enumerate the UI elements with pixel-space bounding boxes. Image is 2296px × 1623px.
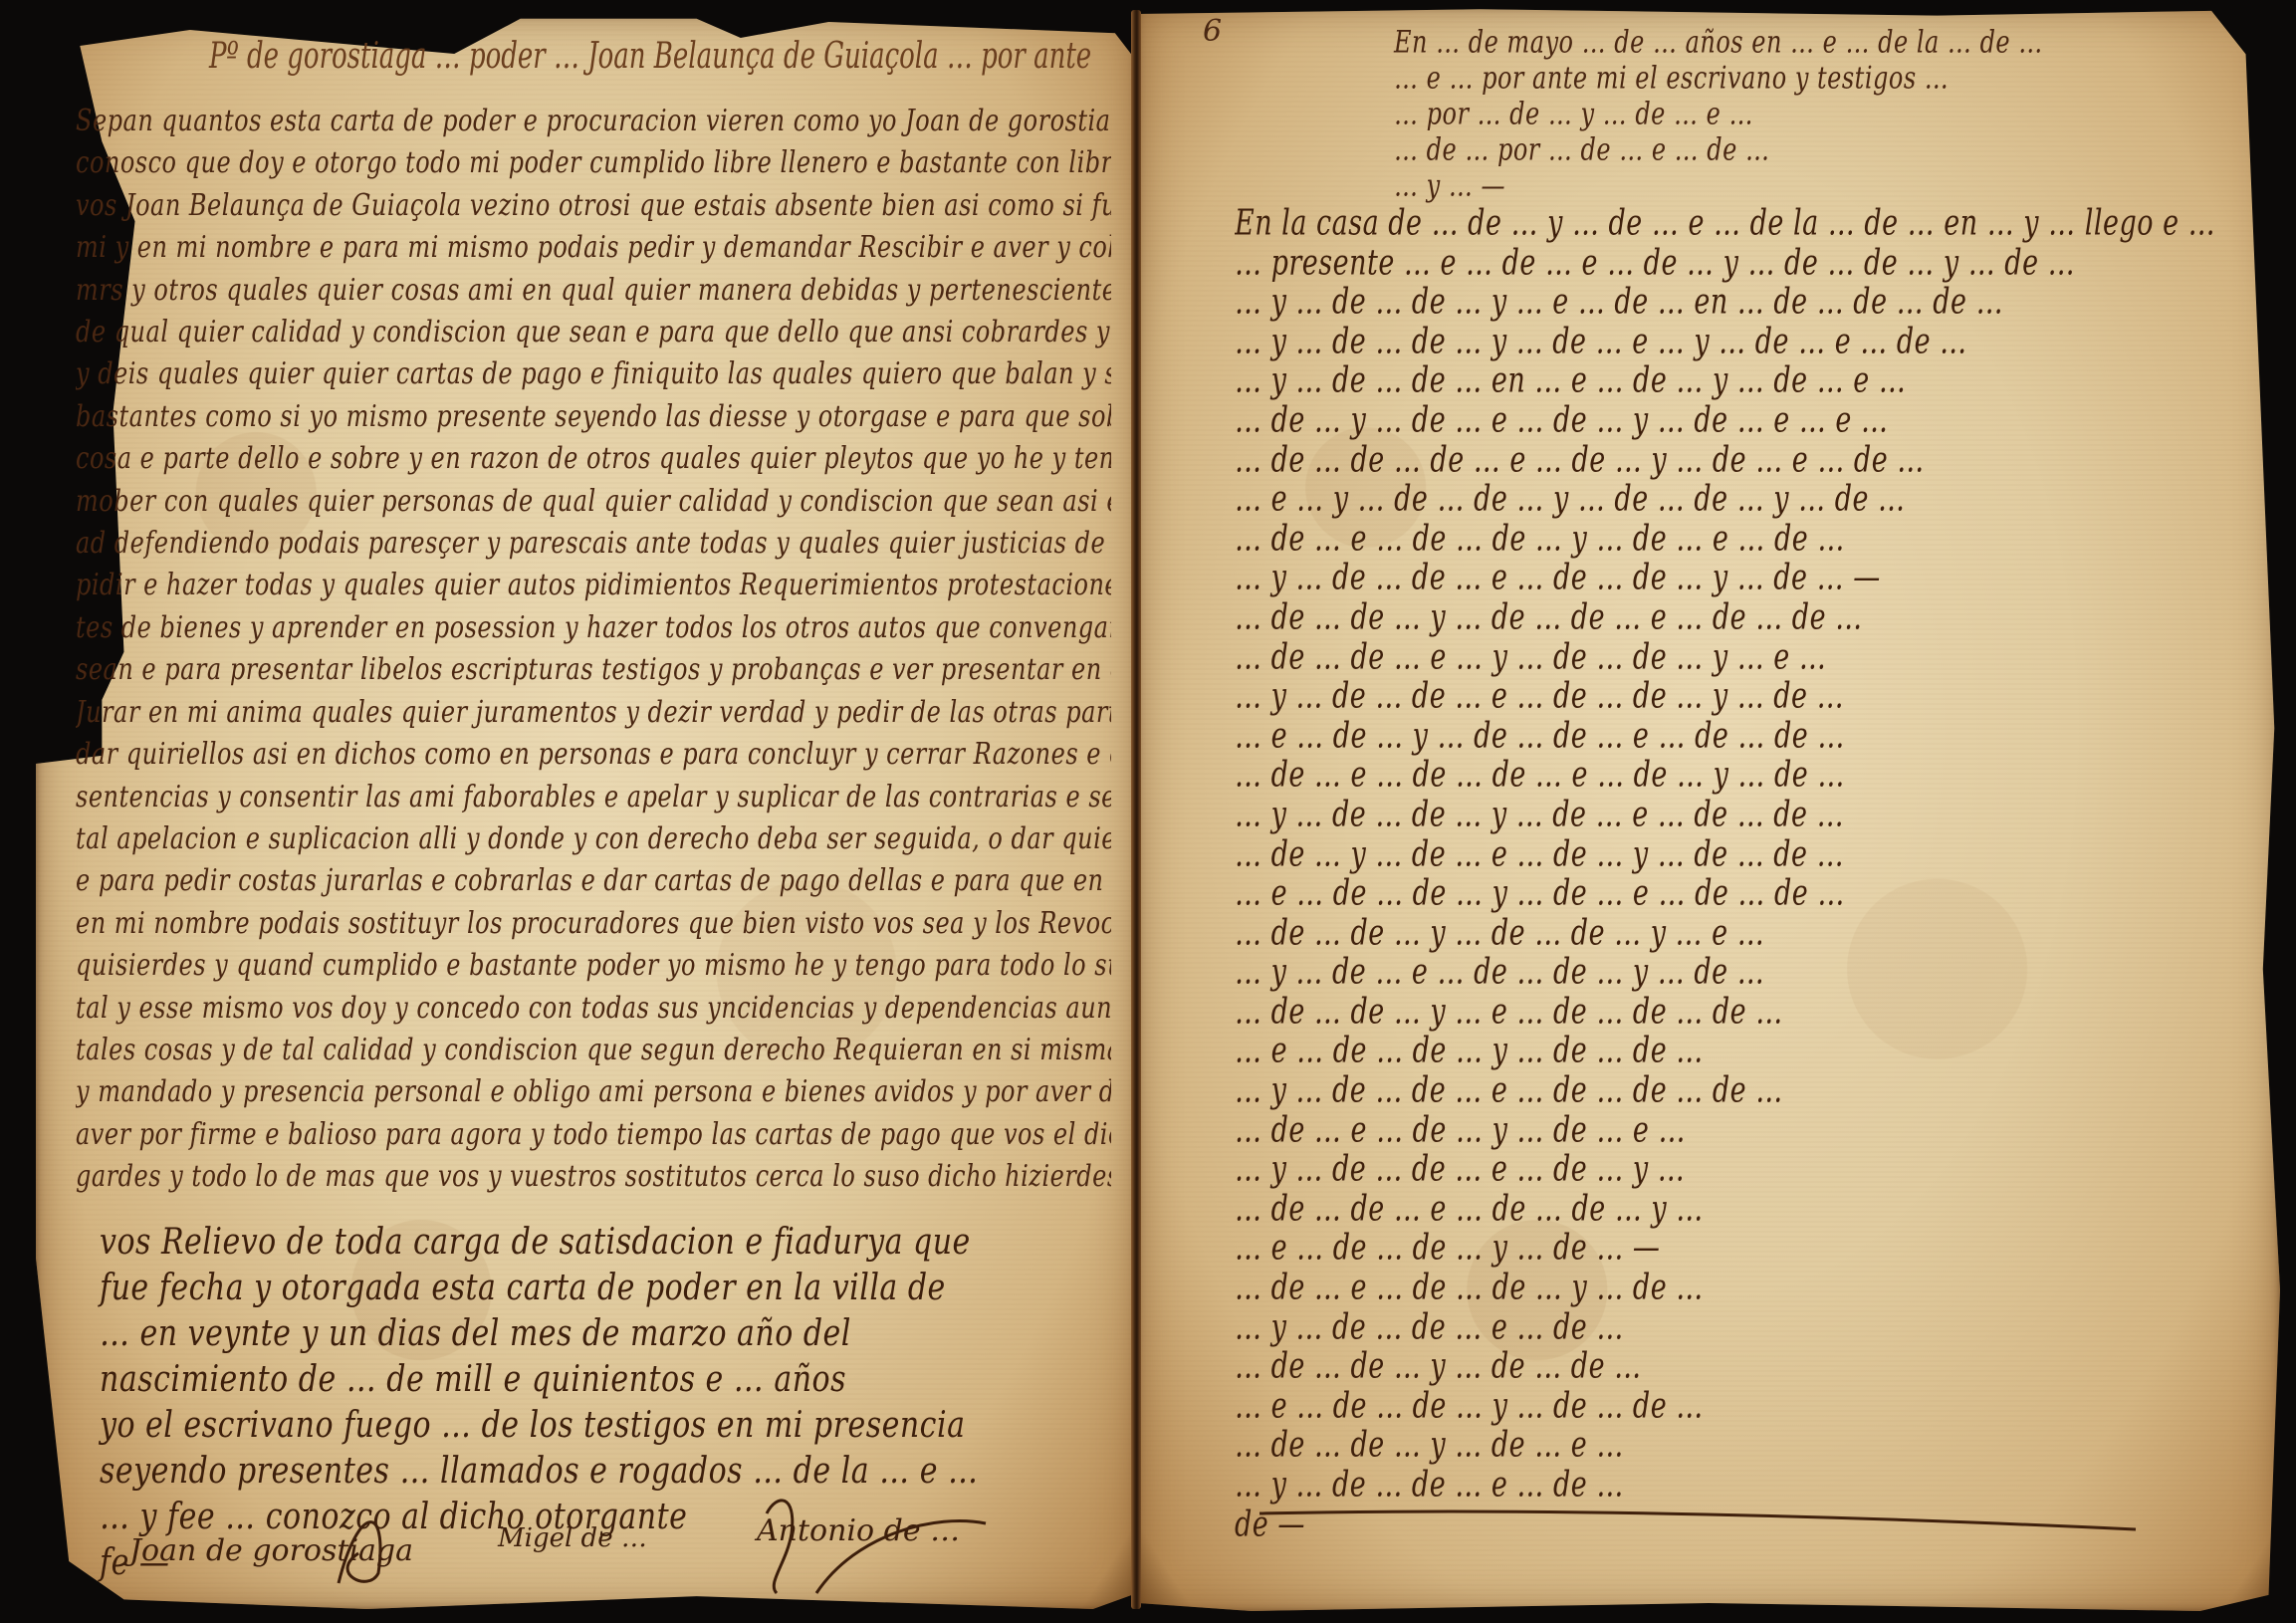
signatures-block: Joan de gorostiaga Migel de … Antonio de… [119,1513,1016,1603]
right-page-body: En la casa de … de … y … de … e … de la … [1235,204,2240,1544]
closing-rule-icon [1240,1504,2156,1533]
right-page-header: En … de mayo … de … años en … e … de la … [1394,24,2210,203]
left-page-body: Sepan quantos esta carta de poder e proc… [76,100,1111,1198]
folio-number: 6 [1203,14,1222,49]
manuscript-line: gardes y todo lo de mas que vos y vuestr… [76,1150,1111,1203]
signature-flourish-icon [299,1494,996,1603]
left-page-heading: Pº de gorostiaga … poder … Joan Belaunça… [209,36,1091,78]
book-spine-gutter [1131,10,1141,1609]
